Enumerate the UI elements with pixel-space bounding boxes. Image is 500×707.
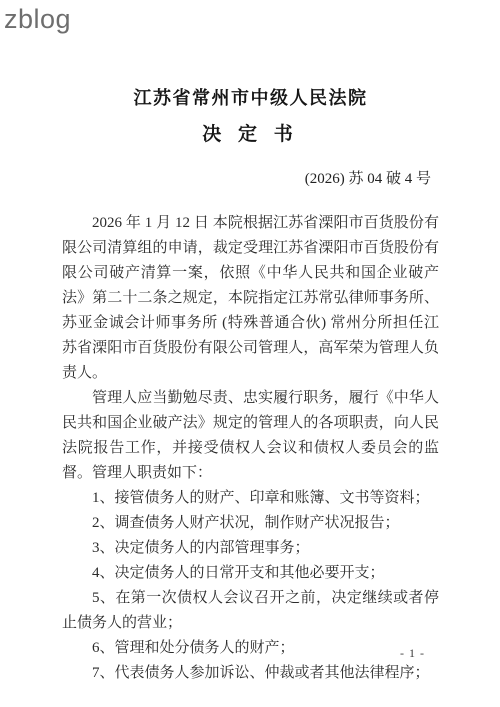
- duty-item-5: 5、在第一次债权人会议召开之前，决定继续或者停止债务人的营业；: [62, 586, 439, 636]
- paragraph-administrator-obligations: 管理人应当勤勉尽责、忠实履行职务，履行《中华人民共和国企业破产法》规定的管理人的…: [62, 386, 439, 486]
- duty-item-1: 1、接管债务人的财产、印章和账簿、文书等资料；: [62, 486, 439, 511]
- case-number: (2026) 苏 04 破 4 号: [62, 167, 439, 188]
- paragraph-ruling: 2026 年 1 月 12 日 本院根据江苏省溧阳市百货股份有限公司清算组的申请…: [62, 211, 439, 386]
- court-name-heading: 江苏省常州市中级人民法院: [62, 84, 439, 110]
- site-logo-zblog[interactable]: zblog: [4, 4, 71, 35]
- duty-item-3: 3、决定债务人的内部管理事务；: [62, 536, 439, 561]
- duty-item-6: 6、管理和处分债务人的财产；: [62, 636, 439, 661]
- document-body: 2026 年 1 月 12 日 本院根据江苏省溧阳市百货股份有限公司清算组的申请…: [62, 211, 439, 686]
- page-number: - 1 -: [400, 646, 425, 661]
- duty-item-2: 2、调查债务人财产状况，制作财产状况报告；: [62, 511, 439, 536]
- document-type-title: 决 定 书: [62, 119, 439, 146]
- duty-item-7: 7、代表债务人参加诉讼、仲裁或者其他法律程序；: [62, 661, 439, 686]
- duty-item-4: 4、决定债务人的日常开支和其他必要开支；: [62, 561, 439, 586]
- court-decision-document: 江苏省常州市中级人民法院 决 定 书 (2026) 苏 04 破 4 号 202…: [62, 82, 439, 686]
